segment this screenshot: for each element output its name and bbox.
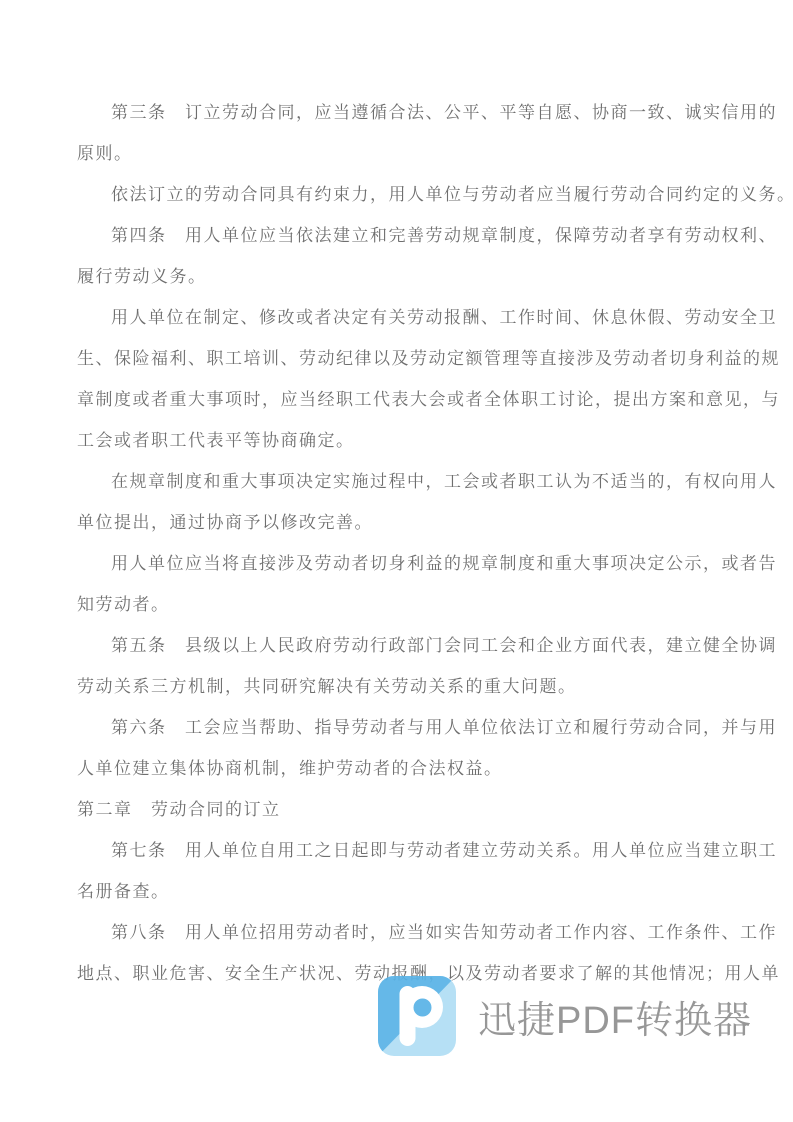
document-page: 第三条 订立劳动合同，应当遵循合法、公平、平等自愿、协商一致、诚实信用的原则。依… <box>0 0 793 1122</box>
text-line: 第三条 订立劳动合同，应当遵循合法、公平、平等自愿、协商一致、诚实信用的 <box>77 92 789 133</box>
text-line: 名册备查。 <box>77 871 789 912</box>
text-line: 第五条 县级以上人民政府劳动行政部门会同工会和企业方面代表，建立健全协调 <box>77 625 789 666</box>
text-line: 生、保险福利、职工培训、劳动纪律以及劳动定额管理等直接涉及劳动者切身利益的规 <box>77 338 789 379</box>
text-line: 章制度或者重大事项时，应当经职工代表大会或者全体职工讨论，提出方案和意见，与 <box>77 379 789 420</box>
text-line: 第六条 工会应当帮助、指导劳动者与用人单位依法订立和履行劳动合同，并与用 <box>77 707 789 748</box>
text-line: 用人单位应当将直接涉及劳动者切身利益的规章制度和重大事项决定公示，或者告 <box>77 543 789 584</box>
text-line: 第四条 用人单位应当依法建立和完善劳动规章制度，保障劳动者享有劳动权利、 <box>77 215 789 256</box>
text-line: 单位提出，通过协商予以修改完善。 <box>77 502 789 543</box>
document-body-text: 第三条 订立劳动合同，应当遵循合法、公平、平等自愿、协商一致、诚实信用的原则。依… <box>77 92 789 994</box>
text-line: 第八条 用人单位招用劳动者时，应当如实告知劳动者工作内容、工作条件、工作 <box>77 912 789 953</box>
text-line: 人单位建立集体协商机制，维护劳动者的合法权益。 <box>77 748 789 789</box>
text-line: 原则。 <box>77 133 789 174</box>
text-line: 第二章 劳动合同的订立 <box>77 789 789 830</box>
watermark-label: 迅捷PDF转换器 <box>478 989 752 1044</box>
text-line: 知劳动者。 <box>77 584 789 625</box>
text-line: 第七条 用人单位自用工之日起即与劳动者建立劳动关系。用人单位应当建立职工 <box>77 830 789 871</box>
text-line: 依法订立的劳动合同具有约束力，用人单位与劳动者应当履行劳动合同约定的义务。 <box>77 174 789 215</box>
text-line: 劳动关系三方机制，共同研究解决有关劳动关系的重大问题。 <box>77 666 789 707</box>
text-line: 在规章制度和重大事项决定实施过程中，工会或者职工认为不适当的，有权向用人 <box>77 461 789 502</box>
pdf-converter-logo-icon <box>378 976 456 1056</box>
watermark: 迅捷PDF转换器 <box>378 976 752 1056</box>
text-line: 工会或者职工代表平等协商确定。 <box>77 420 789 461</box>
text-line: 用人单位在制定、修改或者决定有关劳动报酬、工作时间、休息休假、劳动安全卫 <box>77 297 789 338</box>
text-line: 履行劳动义务。 <box>77 256 789 297</box>
